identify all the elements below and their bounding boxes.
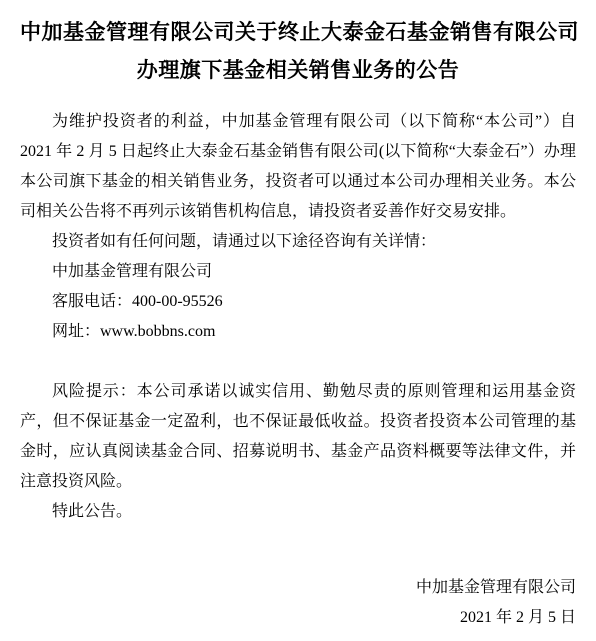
paragraph-termination-notice: 为维护投资者的利益，中加基金管理有限公司（以下简称“本公司”）自 2021 年 … <box>20 107 576 227</box>
document-body: 为维护投资者的利益，中加基金管理有限公司（以下简称“本公司”）自 2021 年 … <box>20 107 576 633</box>
contact-phone: 客服电话：400-00-95526 <box>20 287 576 317</box>
signature-block: 中加基金管理有限公司 2021 年 2 月 5 日 <box>20 573 576 633</box>
contact-website: 网址：www.bobbns.com <box>20 317 576 347</box>
risk-notice: 风险提示：本公司承诺以诚实信用、勤勉尽责的原则管理和运用基金资产，但不保证基金一… <box>20 377 576 497</box>
closing-statement: 特此公告。 <box>20 497 576 527</box>
title-line-2: 办理旗下基金相关销售业务的公告 <box>20 51 576 89</box>
document-title: 中加基金管理有限公司关于终止大泰金石基金销售有限公司 办理旗下基金相关销售业务的… <box>20 13 576 89</box>
contact-intro: 投资者如有任何问题，请通过以下途径咨询有关详情： <box>20 227 576 257</box>
contact-company-name: 中加基金管理有限公司 <box>20 257 576 287</box>
signature-company: 中加基金管理有限公司 <box>20 573 576 603</box>
announcement-document: 中加基金管理有限公司关于终止大泰金石基金销售有限公司 办理旗下基金相关销售业务的… <box>0 0 596 641</box>
title-line-1: 中加基金管理有限公司关于终止大泰金石基金销售有限公司 <box>20 13 576 51</box>
signature-date: 2021 年 2 月 5 日 <box>20 603 576 633</box>
